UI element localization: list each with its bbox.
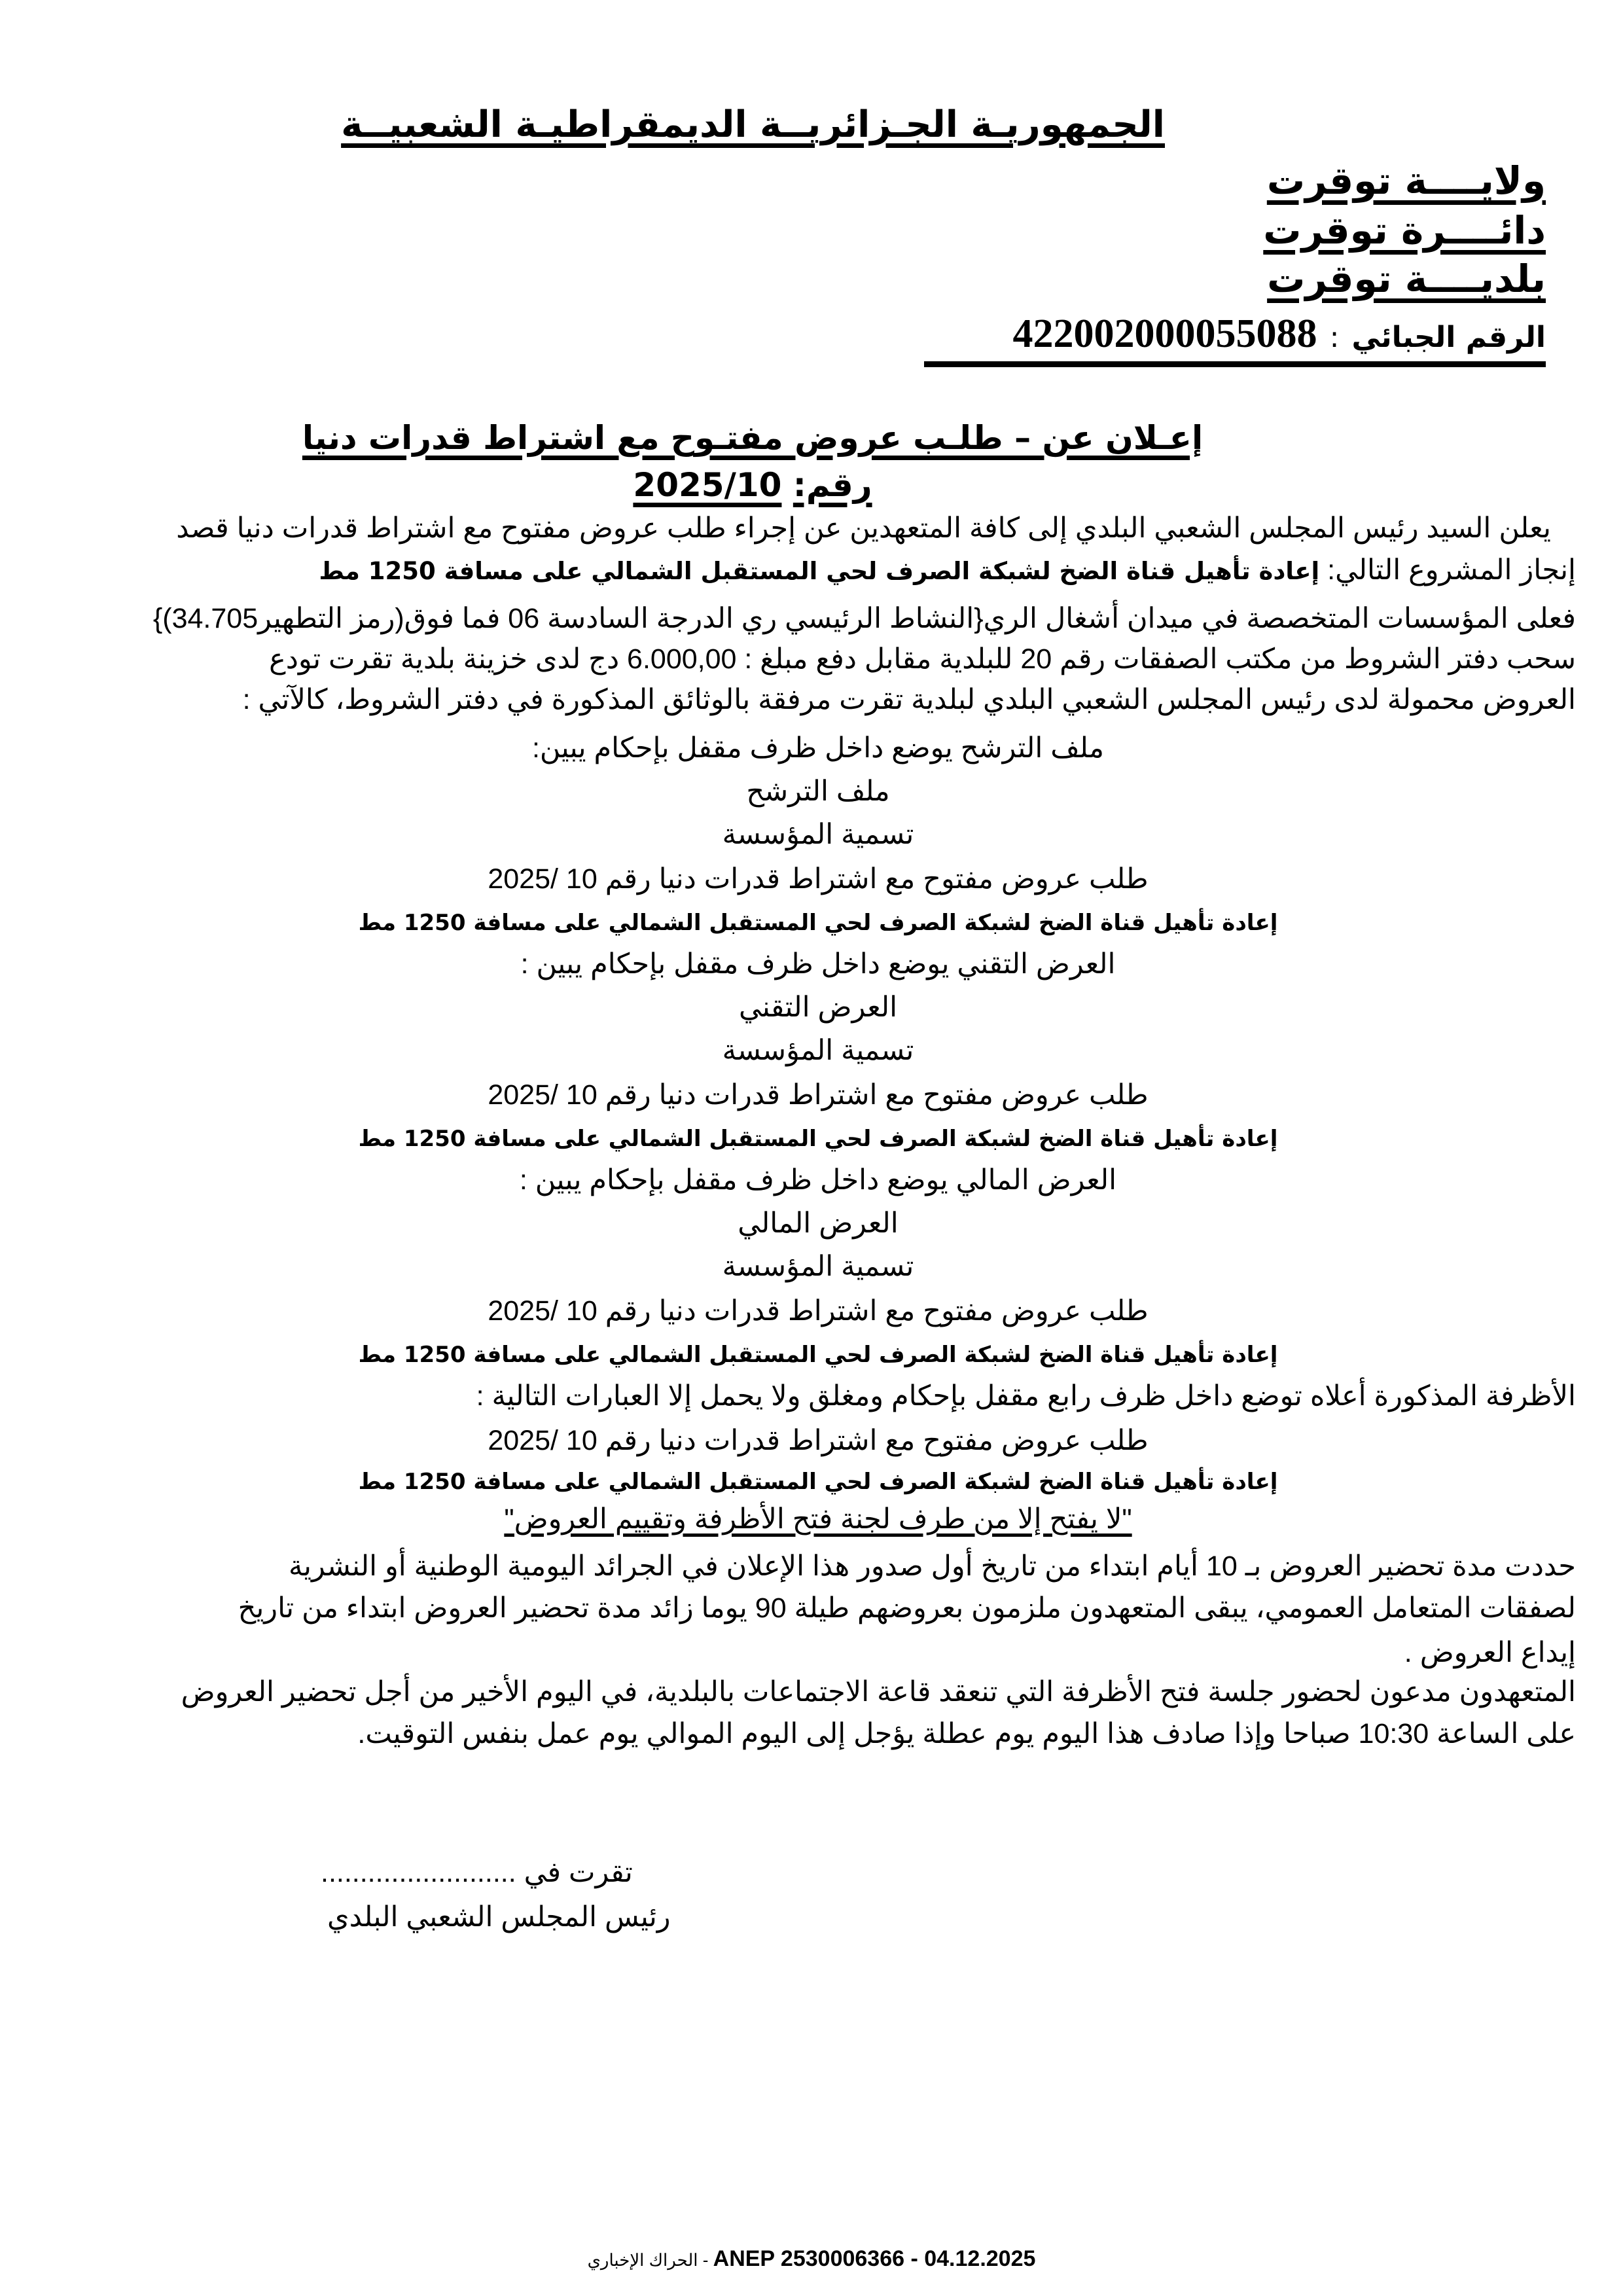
tax-id-value: 422002000055088 xyxy=(1013,312,1317,356)
outer-envelope-project: إعادة تأهيل قناة الضخ لشبكة الصرف لحي ال… xyxy=(327,1469,1309,1495)
envelope-1-instruction: ملف الترشح يوضع داخل ظرف مقفل بإحكام يبي… xyxy=(327,732,1309,764)
envelope-3-company: تسمية المؤسسة xyxy=(327,1250,1309,1283)
deadline-line-3: إيداع العروض . xyxy=(47,1636,1576,1669)
footer-anep-code: ANEP 2530006366 - 04.12.2025 xyxy=(713,2246,1036,2271)
tax-id-separator: : xyxy=(1330,321,1340,354)
do-not-open-notice: "لا يفتح إلا من طرف لجنة فتح الأظرفة وتق… xyxy=(504,1503,1132,1535)
deadline-line-4: المتعهدون مدعون لحضور جلسة فتح الأظرفة ا… xyxy=(47,1676,1576,1708)
envelope-3-instruction: العرض المالي يوضع داخل ظرف مقفل بإحكام ي… xyxy=(327,1164,1309,1196)
intro-line-3: فعلى المؤسسات المتخصصة في ميدان أشغال ال… xyxy=(47,602,1576,635)
signature-place-date: تقرت في ......................... xyxy=(321,1856,633,1889)
envelope-1-label: ملف الترشح xyxy=(327,775,1309,808)
announcement-number-label: رقم: xyxy=(793,466,872,504)
envelope-2-label: العرض التقني xyxy=(327,991,1309,1024)
envelope-2-tender-ref: طلب عروض مفتوح مع اشتراط قدرات دنيا رقم … xyxy=(327,1079,1309,1111)
tax-id-label: الرقم الجبائي xyxy=(1352,321,1546,354)
footer-source: الحراك الإخباري xyxy=(588,2250,698,2270)
signature-title: رئيس المجلس الشعبي البلدي xyxy=(327,1901,671,1933)
envelope-1-company: تسمية المؤسسة xyxy=(327,818,1309,851)
outer-envelope-instruction: الأظرفة المذكورة أعلاه توضع داخل ظرف راب… xyxy=(47,1380,1576,1412)
envelope-2-company: تسمية المؤسسة xyxy=(327,1034,1309,1067)
tax-id-row: الرقم الجبائي : 422002000055088 xyxy=(924,311,1546,367)
intro-project-prefix: إنجاز المشروع التالي: xyxy=(1327,554,1576,586)
intro-project-title: إعادة تأهيل قناة الضخ لشبكة الصرف لحي ال… xyxy=(319,557,1319,585)
deadline-line-5: على الساعة 10:30 صباحا وإذا صادف هذا الي… xyxy=(47,1717,1576,1750)
intro-line-1: يعلن السيد رئيس المجلس الشعبي البلدي إلى… xyxy=(47,512,1551,545)
envelope-3-label: العرض المالي xyxy=(327,1207,1309,1240)
envelope-1-tender-ref: طلب عروض مفتوح مع اشتراط قدرات دنيا رقم … xyxy=(327,863,1309,895)
envelope-3-project: إعادة تأهيل قناة الضخ لشبكة الصرف لحي ال… xyxy=(327,1342,1309,1368)
envelope-1-project: إعادة تأهيل قناة الضخ لشبكة الصرف لحي ال… xyxy=(327,910,1309,936)
outer-envelope-notice: "لا يفتح إلا من طرف لجنة فتح الأظرفة وتق… xyxy=(327,1503,1309,1535)
commune-label: بلديــــة توقرت xyxy=(1267,257,1546,301)
deadline-line-2: لصفقات المتعامل العمومي، يبقى المتعهدون … xyxy=(47,1592,1576,1624)
announcement-number: رقم: 2025/10 xyxy=(196,466,1309,504)
daira-label: دائــــرة توقرت xyxy=(1263,208,1546,253)
publication-footer: الحراك الإخباري - ANEP 2530006366 - 04.1… xyxy=(497,2246,1126,2272)
announcement-number-value: 2025/10 xyxy=(633,466,781,504)
announcement-title: إعـلان عن – طلـب عروض مفتـوح مع اشتراط ق… xyxy=(196,419,1309,457)
deadline-line-1: حددت مدة تحضير العروض بـ 10 أيام ابتداء … xyxy=(47,1550,1576,1583)
footer-separator: - xyxy=(698,2250,713,2270)
envelope-3-tender-ref: طلب عروض مفتوح مع اشتراط قدرات دنيا رقم … xyxy=(327,1295,1309,1327)
wilaya-label: ولايــــة توقرت xyxy=(1267,158,1546,203)
intro-line-4: سحب دفتر الشروط من مكتب الصفقات رقم 20 ل… xyxy=(47,643,1576,675)
intro-line-5: العروض محمولة لدى رئيس المجلس الشعبي الب… xyxy=(47,683,1576,716)
envelope-2-instruction: العرض التقني يوضع داخل ظرف مقفل بإحكام ي… xyxy=(327,948,1309,980)
intro-line-2: إنجاز المشروع التالي: إعادة تأهيل قناة ا… xyxy=(47,554,1576,586)
republic-heading: الجمهوريـة الجـزائريــة الديمقراطيـة الش… xyxy=(458,103,1165,146)
envelope-2-project: إعادة تأهيل قناة الضخ لشبكة الصرف لحي ال… xyxy=(327,1126,1309,1152)
outer-envelope-tender-ref: طلب عروض مفتوح مع اشتراط قدرات دنيا رقم … xyxy=(327,1424,1309,1457)
